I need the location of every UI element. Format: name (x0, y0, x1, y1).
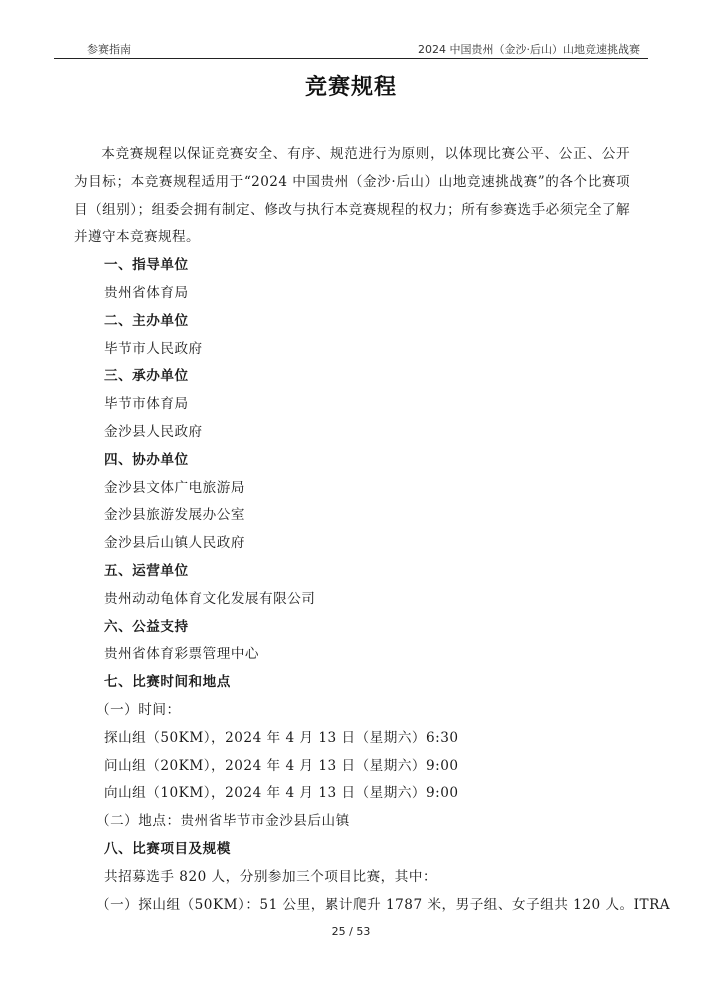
header-left-label: 参赛指南 (87, 41, 131, 57)
section-heading-events-scale: 八、比赛项目及规模 (74, 836, 630, 864)
section-heading-operator: 五、运营单位 (74, 558, 630, 586)
list-item: 贵州动动龟体育文化发展有限公司 (74, 586, 630, 614)
event-item: （一）探山组（50KM）：51 公里，累计爬升 1787 米，男子组、女子组共 … (74, 892, 630, 920)
schedule-item: 问山组（20KM），2024 年 4 月 13 日（星期六）9:00 (74, 753, 630, 781)
list-item: 贵州省体育局 (74, 280, 630, 308)
section-heading-public-support: 六、公益支持 (74, 614, 630, 642)
document-body: 本竞赛规程以保证竞赛安全、有序、规范进行为原则，以体现比赛公平、公正、公开为目标… (74, 141, 630, 919)
section-heading-host: 二、主办单位 (74, 308, 630, 336)
list-item: 金沙县人民政府 (74, 419, 630, 447)
list-item: 毕节市体育局 (74, 391, 630, 419)
list-item: 金沙县文体广电旅游局 (74, 475, 630, 503)
list-item: 金沙县后山镇人民政府 (74, 530, 630, 558)
events-summary: 共招募选手 820 人，分别参加三个项目比赛，其中： (74, 864, 630, 892)
list-item: 金沙县旅游发展办公室 (74, 502, 630, 530)
section-heading-time-location: 七、比赛时间和地点 (74, 669, 630, 697)
page-title: 竞赛规程 (0, 70, 702, 101)
list-item: 毕节市人民政府 (74, 336, 630, 364)
page-number: 25 / 53 (0, 925, 702, 938)
intro-paragraph: 本竞赛规程以保证竞赛安全、有序、规范进行为原则，以体现比赛公平、公正、公开为目标… (74, 141, 630, 252)
section-heading-organizer: 三、承办单位 (74, 363, 630, 391)
section-heading-guidance: 一、指导单位 (74, 252, 630, 280)
section-heading-co-organizer: 四、协办单位 (74, 447, 630, 475)
location-line: （二）地点：贵州省毕节市金沙县后山镇 (74, 808, 630, 836)
page-header: 参赛指南 2024 中国贵州（金沙·后山）山地竞速挑战赛 (54, 38, 648, 59)
list-item: 贵州省体育彩票管理中心 (74, 641, 630, 669)
header-right-label: 2024 中国贵州（金沙·后山）山地竞速挑战赛 (418, 41, 640, 57)
schedule-item: 向山组（10KM），2024 年 4 月 13 日（星期六）9:00 (74, 780, 630, 808)
schedule-item: 探山组（50KM），2024 年 4 月 13 日（星期六）6:30 (74, 725, 630, 753)
time-label: （一）时间： (74, 697, 630, 725)
